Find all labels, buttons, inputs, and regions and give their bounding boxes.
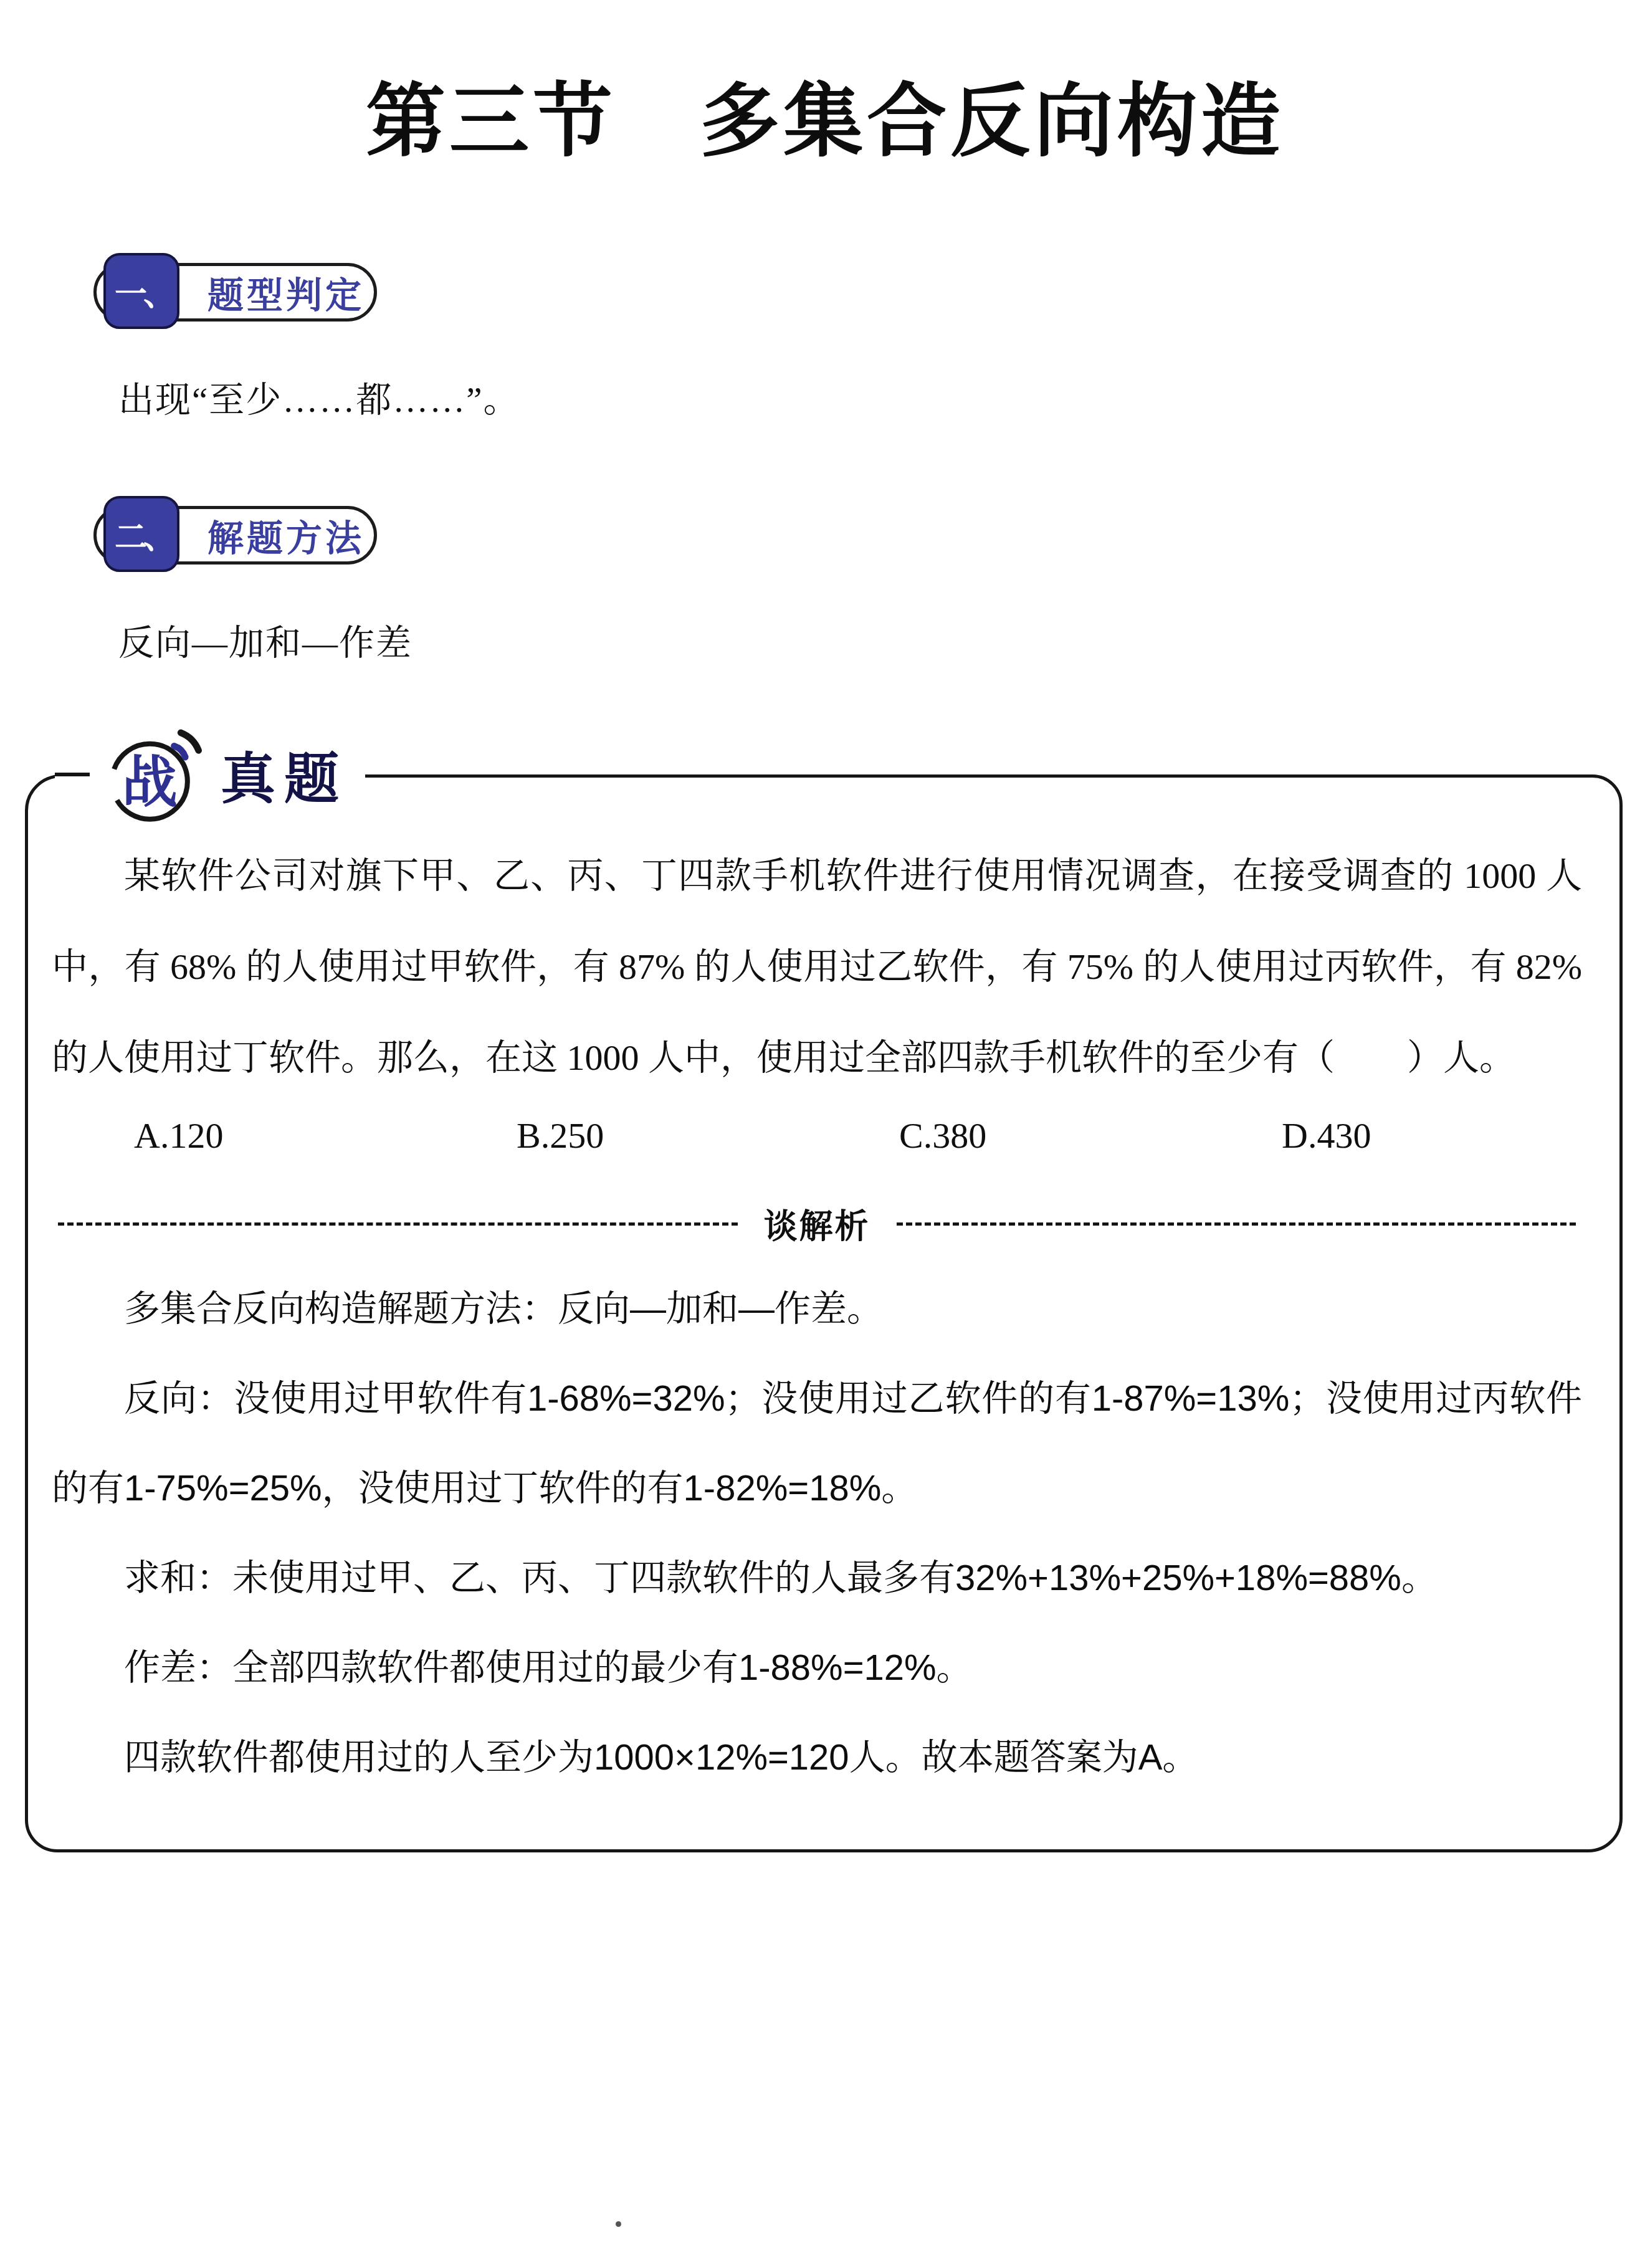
svg-text:战: 战 xyxy=(122,751,178,813)
page-title: 第三节 多集合反向构造 xyxy=(0,57,1650,172)
option-b: B.250 xyxy=(434,1115,817,1156)
analysis-line-5: 四款软件都使用过的人至少为1000×12%=120人。故本题答案为A。 xyxy=(52,1713,1582,1803)
option-c: C.380 xyxy=(817,1115,1199,1156)
question-text: 某软件公司对旗下甲、乙、丙、丁四款手机软件进行使用情况调查，在接受调查的 100… xyxy=(52,831,1582,1103)
analysis-line-2: 反向：没使用过甲软件有1-68%=32%；没使用过乙软件的有1-87%=13%；… xyxy=(52,1354,1582,1533)
section-2-body: 反向—加和—作差 xyxy=(118,614,1650,665)
option-a: A.120 xyxy=(52,1115,434,1156)
textbook-page: { "page": { "title": "第三节 多集合反向构造" }, "s… xyxy=(0,0,1650,2268)
question-box-wrap: 战 真题 某软件公司对旗下甲、乙、丙、丁四款手机软件进行使用情况调查，在接受调查… xyxy=(25,774,1623,1852)
question-box-label: 战 真题 xyxy=(55,717,365,831)
section-badge-2: 解题方法 二、 xyxy=(93,496,377,573)
divider-dash-left xyxy=(58,1222,738,1226)
question-box-tag: 真题 xyxy=(221,735,348,814)
section-1-body: 出现“至少……都……”。 xyxy=(118,371,1650,422)
exam-signal-icon: 战 xyxy=(101,717,212,831)
section-2-number-tile: 二、 xyxy=(103,496,179,572)
label-dash xyxy=(55,773,90,776)
section-1-number-tile: 一、 xyxy=(103,253,179,329)
option-d: D.430 xyxy=(1199,1115,1582,1156)
analysis-line-4: 作差：全部四款软件都使用过的最少有1-88%=12%。 xyxy=(52,1623,1582,1713)
options-row: A.120 B.250 C.380 D.430 xyxy=(52,1115,1582,1156)
analysis-divider: 谈解析 xyxy=(58,1200,1576,1248)
question-box: 某软件公司对旗下甲、乙、丙、丁四款手机软件进行使用情况调查，在接受调查的 100… xyxy=(25,774,1623,1852)
section-badge-1: 题型判定 一、 xyxy=(93,253,377,330)
divider-dash-right xyxy=(897,1222,1576,1226)
analysis-line-3: 求和：未使用过甲、乙、丙、丁四款软件的人最多有32%+13%+25%+18%=8… xyxy=(52,1533,1582,1623)
analysis-line-1: 多集合反向构造解题方法：反向—加和—作差。 xyxy=(52,1264,1582,1354)
scan-artifact-dot xyxy=(616,2221,621,2227)
analysis-section: 多集合反向构造解题方法：反向—加和—作差。 反向：没使用过甲软件有1-68%=3… xyxy=(52,1264,1582,1803)
divider-label: 谈解析 xyxy=(764,1200,870,1248)
